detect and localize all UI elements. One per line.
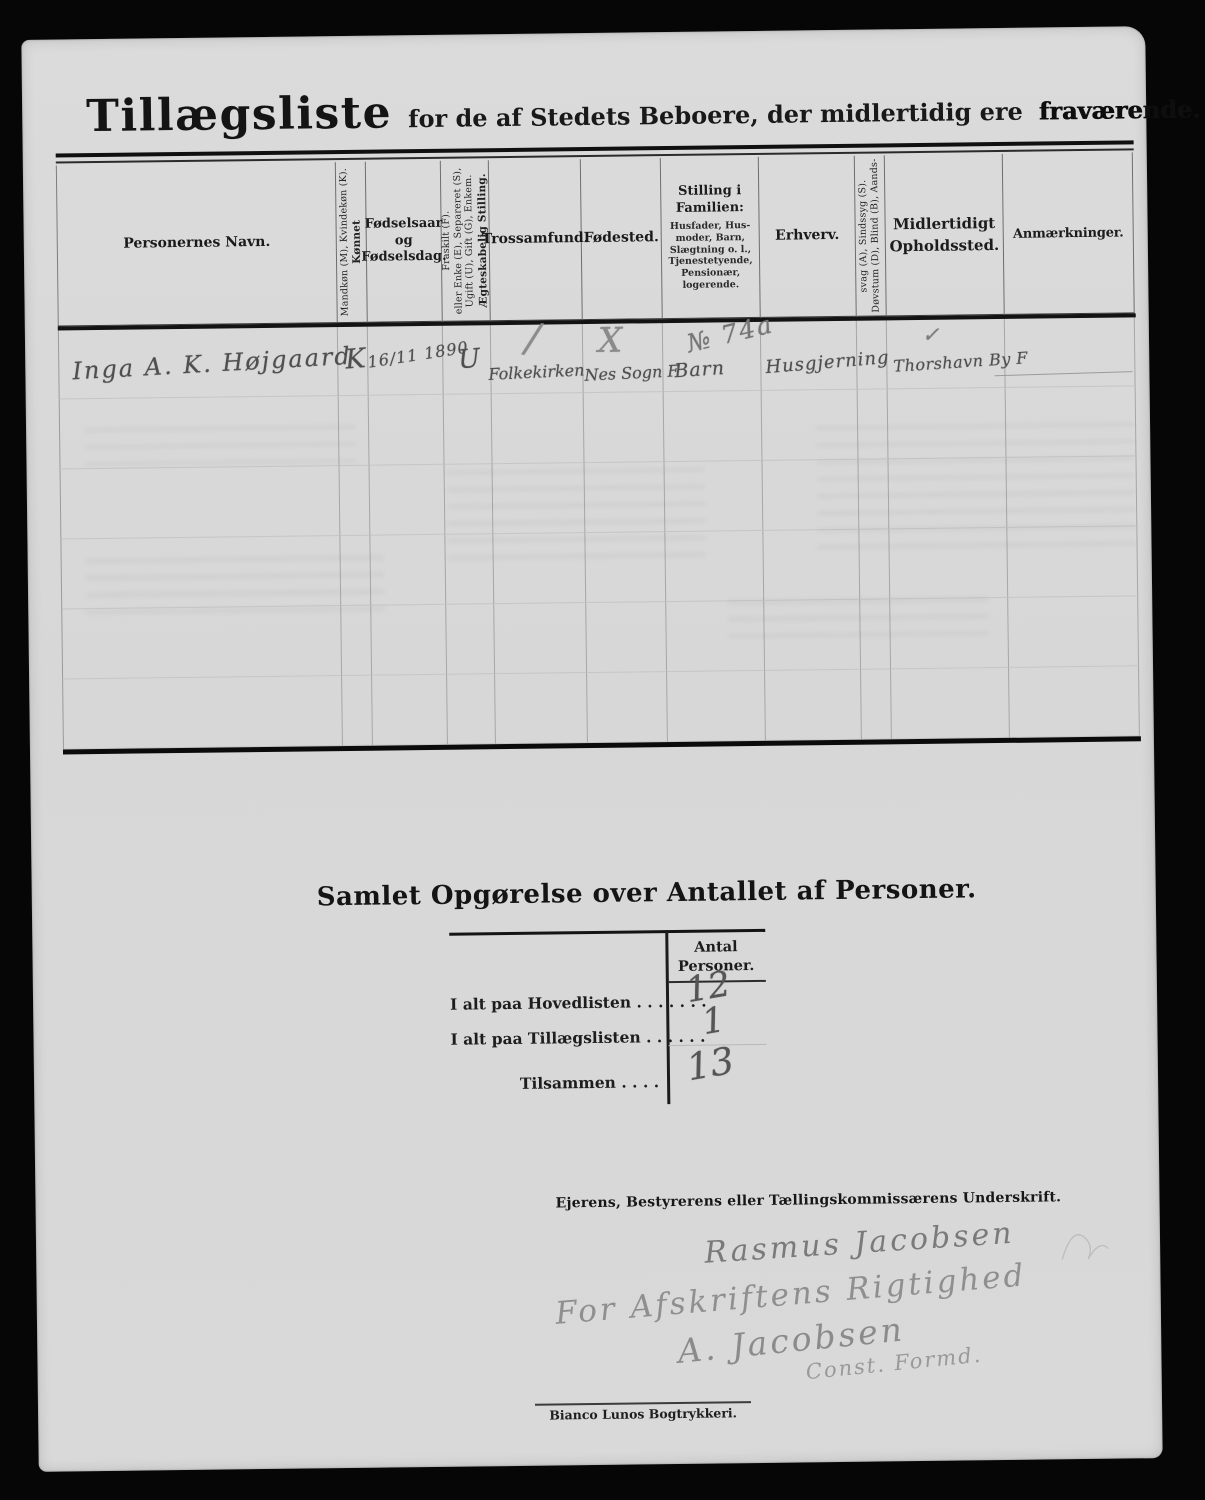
col-header-occupation-label: Erhverv. (775, 227, 839, 245)
summary-table: Antal Personer. I alt paa Hovedlisten . … (449, 929, 767, 1107)
col-header-name: Personernes Navn. (56, 162, 338, 326)
col-header-remarks: Anmærkninger. (1003, 152, 1135, 315)
empty-row-cell (765, 670, 862, 741)
empty-row-cell (493, 463, 586, 534)
summary-top-rule (449, 929, 765, 936)
entry-sex-handwriting: K (344, 343, 367, 376)
summary-value-total-handwriting: 13 (684, 1039, 738, 1089)
empty-row-cell (493, 533, 586, 604)
col-header-birthplace: Fødested. (581, 158, 663, 320)
empty-row-cell (62, 676, 343, 749)
summary-row-total-label: Tilsammen (520, 1073, 616, 1093)
empty-row-cell (342, 676, 373, 746)
empty-row-cell (859, 529, 890, 599)
empty-row-cell (889, 528, 1008, 599)
empty-row-cell (1006, 456, 1137, 528)
empty-row-cell (890, 598, 1009, 669)
entry-family-position-handwriting: Barn (674, 357, 726, 382)
empty-row-cell (339, 396, 370, 466)
col-header-family-main1: Stilling i (678, 183, 741, 201)
col-header-birthdate: Fødselsaar og Fødselsdag. (366, 161, 443, 323)
summary-row-supplement-dots: . . . . . . (646, 1027, 706, 1047)
entry-residence-check-mark: ✓ (922, 323, 940, 347)
summary-row-total-dots: . . . . (621, 1072, 659, 1091)
empty-row-cell (586, 602, 667, 673)
col-header-family-main2: Familien: (676, 200, 744, 218)
col-header-marital-sub1: Ugift (U), Gift (G), Enkem. (464, 174, 477, 307)
empty-row-cell (445, 464, 494, 535)
col-header-sex-sub: Mandkøn (M), Kvindekøn (K). (338, 168, 351, 316)
col-header-marital-sub3: Fraskilt (F). (441, 211, 453, 271)
entry-birthplace-x-mark: X (598, 321, 623, 361)
summary-count-header-line1: Antal (668, 938, 763, 958)
empty-row-cell (495, 673, 588, 744)
scanned-census-page: { "colors": { "paper": "#d8d8d8", "ink":… (0, 0, 1205, 1500)
empty-row-cell (446, 604, 495, 675)
entry-marital-handwriting: U (457, 344, 481, 376)
col-header-temporary-residence: Midlertidigt Opholdssted. (885, 154, 1005, 316)
empty-row-cell (665, 461, 764, 532)
empty-row-cell (858, 459, 889, 529)
table-grid: Personernes Navn. Mandkøn (M), Kvindekøn… (56, 152, 1140, 749)
empty-row-cell (340, 536, 371, 606)
empty-row-cell (370, 535, 446, 606)
summary-row-supplement-label: I alt paa Tillægslisten (450, 1027, 640, 1048)
empty-row-cell (762, 460, 859, 531)
empty-row-cell (666, 601, 765, 672)
document-title-row: Tillægsliste for de af Stedets Beboere, … (86, 79, 1117, 143)
empty-row-cell (341, 606, 372, 676)
empty-row-cell (891, 668, 1010, 739)
col-header-residence-line2: Opholdssted. (889, 234, 999, 258)
empty-row-cell (585, 462, 666, 533)
document-subtitle: for de af Stedets Beboere, der midlertid… (408, 97, 1023, 134)
empty-row-cell (60, 536, 341, 609)
summary-row-mainlist: I alt paa Hovedlisten . . . . . . . (450, 992, 658, 1014)
empty-row-cell (372, 675, 448, 746)
empty-row-cell (369, 395, 445, 466)
empty-row-cell (340, 466, 371, 536)
summary-heading: Samlet Opgørelse over Antallet af Person… (317, 875, 897, 912)
col-header-denomination-label: Trossamfund. (482, 230, 589, 249)
census-table: Personernes Navn. Mandkøn (M), Kvindekøn… (56, 140, 1141, 761)
col-header-name-label: Personernes Navn. (123, 234, 270, 253)
col-header-disability: svag (A), Sindssyg (S). Døvstum (D), Bli… (855, 155, 887, 316)
col-header-birthdate-line3: Fødselsdag. (361, 249, 446, 267)
summary-row-supplement: I alt paa Tillægslisten . . . . . . (450, 1027, 658, 1049)
col-header-occupation: Erhverv. (759, 156, 857, 318)
col-header-remarks-label: Anmærkninger. (1013, 225, 1124, 241)
empty-row-cell (447, 674, 496, 745)
empty-row-cell (764, 600, 861, 671)
summary-row-mainlist-label: I alt paa Hovedlisten (450, 993, 631, 1014)
col-header-birthplace-label: Fødested. (584, 229, 659, 247)
document-subtitle-emphasis: fraværende. (1039, 95, 1201, 126)
empty-row-cell (1008, 596, 1139, 668)
col-header-marital: Fraskilt (F). eller Enke (E), Separeret … (441, 160, 491, 322)
col-header-family-position: Stilling i Familien: Husfader, Hus­moder… (661, 157, 761, 319)
col-header-marital-main: Ægteskabelig Stilling. (476, 173, 490, 307)
empty-row-cell (59, 396, 340, 469)
col-header-sex-main: Kønnet (351, 220, 364, 264)
pencil-scribble-artifact (1054, 1219, 1115, 1270)
empty-row-cell (762, 390, 859, 461)
col-header-residence-line1: Midlertidigt (893, 212, 995, 236)
empty-row-cell (858, 389, 889, 459)
empty-row-cell (444, 394, 493, 465)
empty-row-cell (1009, 666, 1140, 738)
empty-row-cell (860, 599, 891, 669)
empty-row-cell (667, 671, 766, 742)
empty-row-cell (494, 603, 587, 674)
empty-row-cell (585, 532, 666, 603)
printer-imprint: Bianco Lunos Bogtrykkeri. (535, 1405, 751, 1423)
empty-row-cell (584, 392, 665, 463)
empty-row-cell (492, 393, 585, 464)
empty-row-cell (888, 388, 1007, 459)
empty-row-cell (587, 672, 668, 743)
summary-row-total: Tilsammen . . . . (451, 1072, 659, 1094)
empty-row-cell (888, 458, 1007, 529)
signature-caption: Ejerens, Bestyrerens eller Tællingskommi… (555, 1190, 985, 1211)
paper-sheet: Tillægsliste for de af Stedets Beboere, … (21, 26, 1162, 1472)
empty-row-cell (1006, 386, 1137, 458)
col-header-family-sub: Husfader, Hus­moder, Barn, Slægtning o. … (664, 220, 758, 292)
empty-row-cell (370, 465, 446, 536)
col-header-birthdate-line1: Fødselsaar (365, 215, 443, 233)
col-header-denomination: Trossamfund. (489, 159, 583, 321)
document-title: Tillægsliste (86, 87, 392, 142)
empty-row-cell (61, 606, 342, 679)
empty-row-cell (763, 530, 860, 601)
col-header-sex: Mandkøn (M), Kvindekøn (K). Kønnet (336, 162, 368, 323)
col-header-birthdate-line2: og (395, 233, 413, 250)
empty-row-cell (371, 605, 447, 676)
empty-row-cell (1007, 526, 1138, 598)
empty-row-cell (445, 534, 494, 605)
empty-row-cell (60, 466, 341, 539)
empty-row-cell (665, 531, 764, 602)
col-header-disability-line1: Døvstum (D), Blind (B), Aands- (870, 158, 883, 312)
empty-row-cell (861, 669, 892, 739)
empty-row-cell (664, 391, 763, 462)
